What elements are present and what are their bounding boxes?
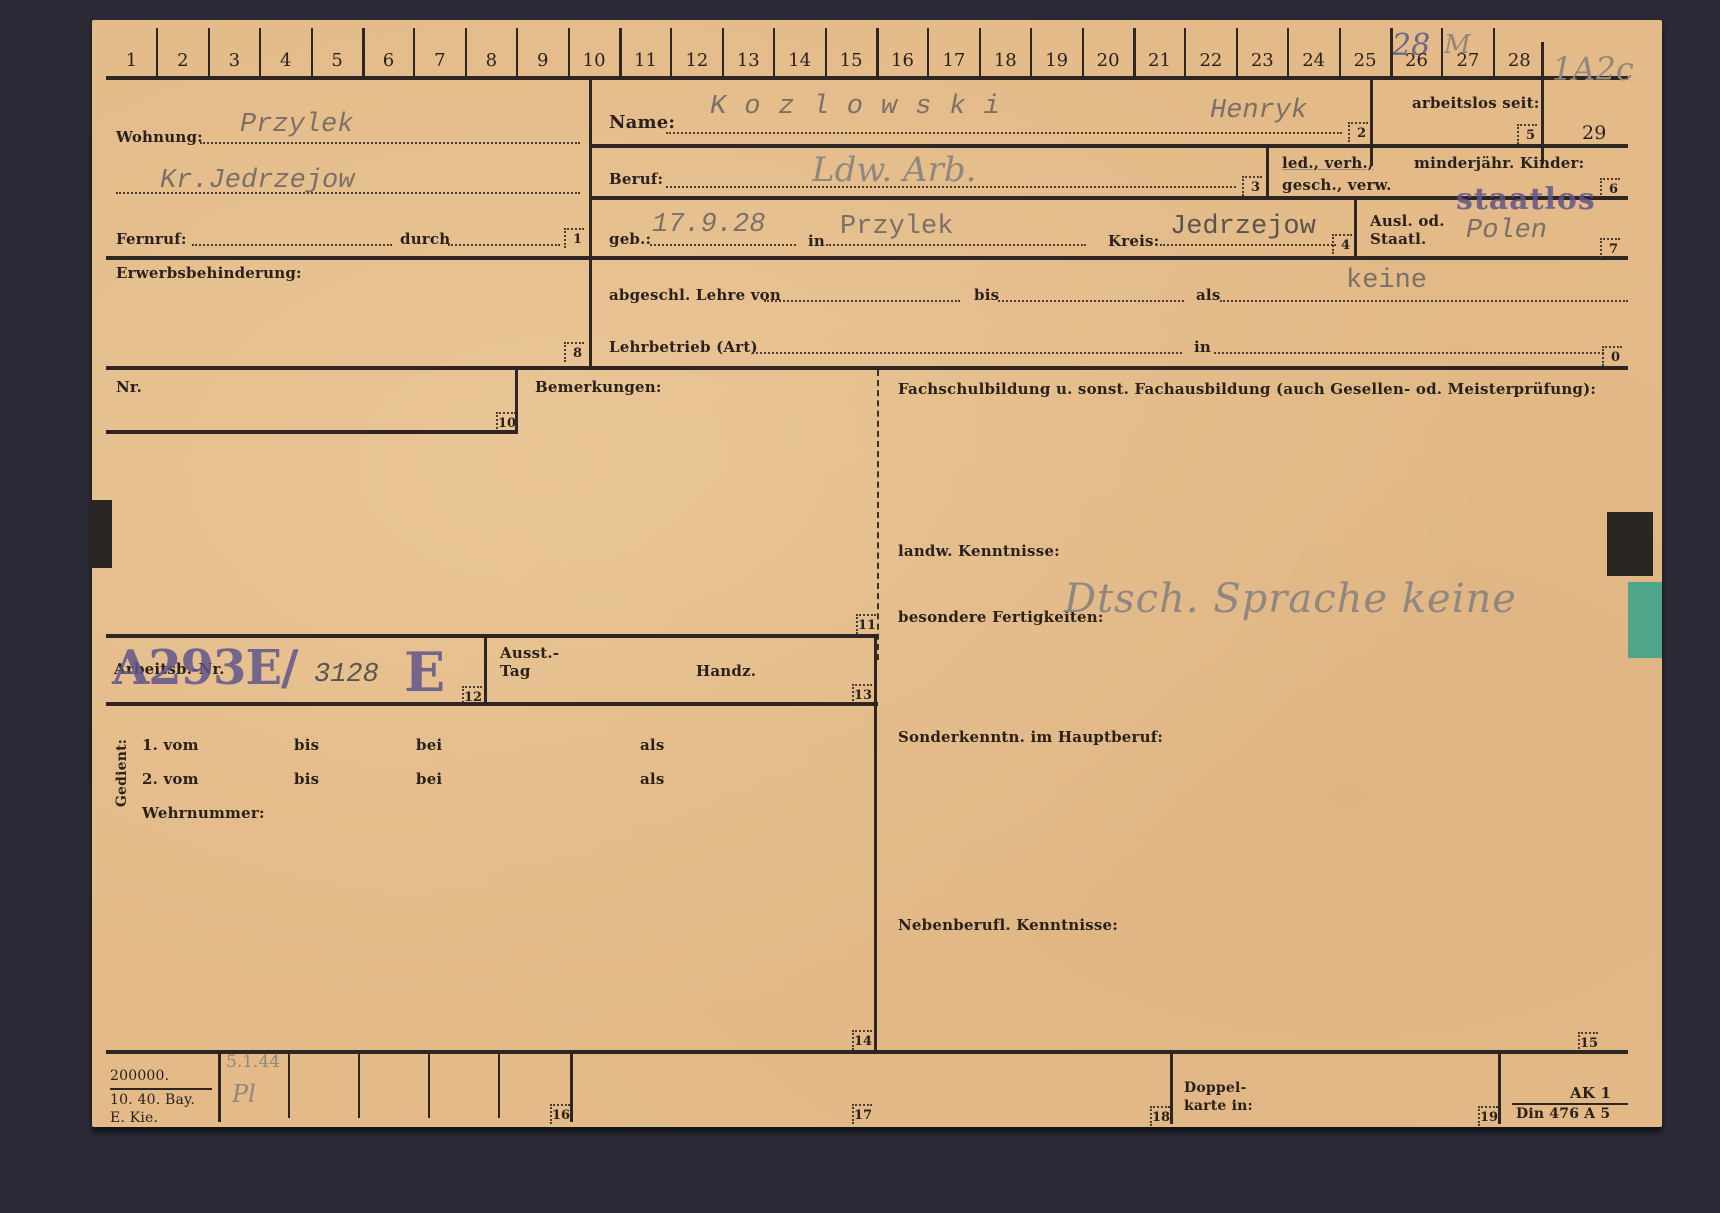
ruler-number: 1 (106, 50, 157, 71)
handz-label: Handz. (696, 662, 756, 680)
ruler-tick (568, 28, 570, 76)
ruler-number: 26 (1391, 50, 1442, 71)
field-box-16: 16 (550, 1104, 570, 1124)
beruf-label: Beruf: (609, 170, 663, 188)
ruler-tick (927, 28, 929, 76)
doppelkarte-label-2: karte in: (1184, 1098, 1253, 1114)
ruler-tick (516, 28, 518, 76)
field-box-15: 15 (1578, 1032, 1598, 1052)
kreis-label: Kreis: (1108, 232, 1159, 250)
date-cell-divider (288, 1054, 290, 1118)
ruler-tick (1441, 28, 1443, 76)
ruler-number: 17 (928, 50, 979, 71)
gedient-label: Gedient: (114, 739, 130, 807)
date-initials: Pl (232, 1080, 256, 1108)
date-cell-divider (358, 1054, 360, 1118)
kreis-dots (1160, 244, 1336, 246)
field-box-11: 11 (856, 614, 876, 634)
durch-dots (448, 244, 560, 246)
fachschulbildung-label: Fachschulbildung u. sonst. Fachausbildun… (898, 380, 1596, 398)
ruler-number: 7 (414, 50, 465, 71)
ruler-number: 12 (671, 50, 722, 71)
ruler-number: 18 (980, 50, 1031, 71)
field-box-4: 4 (1332, 234, 1352, 254)
field-box-8: 8 (564, 342, 584, 362)
field-box-13: 13 (852, 684, 872, 704)
ruler-tick (1030, 28, 1032, 76)
ruler-number-29: 29 (1582, 122, 1607, 144)
familienstand-label-1: led., verh., (1282, 154, 1373, 172)
index-tab-right (1607, 512, 1653, 576)
geb-in-dots (826, 244, 1086, 246)
ruler-number: 24 (1288, 50, 1339, 71)
field-box-17: 17 (852, 1104, 872, 1124)
lehre-von-label: abgeschl. Lehre von (609, 286, 781, 304)
ruler-tick (156, 28, 158, 76)
field-box-1: 1 (564, 228, 584, 248)
wohnung-value-2: Kr.Jedrzejow (160, 166, 354, 196)
lehrbetrieb-in-dots (1214, 352, 1604, 354)
ruler-tick (1493, 28, 1495, 76)
ruler-number: 25 (1340, 50, 1391, 71)
index-tab-green (1628, 582, 1662, 658)
ruler-number: 3 (209, 50, 260, 71)
lehrbetrieb-in-label: in (1194, 338, 1211, 356)
ruler-number: 20 (1083, 50, 1134, 71)
surname-value: Kozlowski (710, 92, 1018, 122)
line-arbeitsb-bottom (106, 702, 878, 706)
ruler-baseline (106, 76, 1628, 80)
doppelkarte-label-1: Doppel- (1184, 1080, 1247, 1096)
lehrbetrieb-label: Lehrbetrieb (Art) (609, 338, 758, 356)
field-box-14: 14 (852, 1030, 872, 1050)
besondere-fertigkeiten-value: Dtsch. Sprache keine (1064, 576, 1517, 622)
ruler-number: 2 (157, 50, 208, 71)
field-box-3: 3 (1242, 176, 1262, 196)
arbeitsb-divider (484, 634, 487, 704)
nr-label: Nr. (116, 378, 142, 396)
din-label: Din 476 A 5 (1516, 1106, 1610, 1122)
dienst-2-bei: bei (416, 770, 442, 788)
dienst-1-bei: bei (416, 736, 442, 754)
ruler-tick (208, 28, 210, 76)
dienst-2-als: als (640, 770, 664, 788)
ledig-option: led., verh., (1282, 154, 1373, 172)
wehrnummer-label: Wehrnummer: (142, 804, 265, 822)
print-run-2: 10. 40. Bay. (110, 1092, 195, 1108)
familienstand-divider (1266, 144, 1269, 198)
strip-divider-18 (1170, 1050, 1173, 1124)
ruler-number: 5 (312, 50, 363, 71)
arbeitsb-number: 3128 (314, 660, 379, 690)
date-entry: 5.1.44 (226, 1052, 280, 1072)
form-id: AK 1 (1570, 1084, 1611, 1102)
ruler-number: 11 (620, 50, 671, 71)
name-divider (589, 80, 592, 370)
sonderkenntn-label: Sonderkenntn. im Hauptberuf: (898, 728, 1163, 746)
print-run-rule (110, 1088, 212, 1090)
staatl-divider (1354, 196, 1357, 258)
erwerbsbehinderung-label: Erwerbsbehinderung: (116, 264, 302, 282)
date-cell-divider (428, 1054, 430, 1118)
ruler-number: 13 (723, 50, 774, 71)
familienstand-label-2: gesch., verw. (1282, 176, 1392, 194)
ruler-number: 14 (774, 50, 825, 71)
minderjaehr-kinder-label: minderjähr. Kinder: (1414, 154, 1584, 172)
geb-label: geb.: (609, 230, 651, 248)
name-dots (666, 132, 1342, 134)
ruler-number: 4 (260, 50, 311, 71)
ausl-staatl-label-2: Staatl. (1370, 230, 1426, 248)
dienst-1-bis: bis (294, 736, 319, 754)
wohnung-value-1: Przylek (240, 110, 353, 140)
geb-date-value: 17.9.28 (652, 210, 765, 240)
ausst-tag-label-1: Ausst.- (500, 644, 559, 662)
given-name-value: Henryk (1210, 96, 1307, 126)
ruler-tick (465, 28, 467, 76)
lehre-bis-dots (998, 300, 1184, 302)
line-geb (106, 256, 1628, 260)
ruler-tick (1339, 28, 1341, 76)
arbeitsb-stamp: A293E/ (112, 640, 298, 696)
ruler-tick (1287, 28, 1289, 76)
field-box-6: 6 (1600, 178, 1620, 198)
lehre-von-dots (764, 300, 960, 302)
field-box-0: 0 (1602, 346, 1622, 366)
wohnung-dots (200, 142, 580, 144)
ruler-tick (362, 28, 365, 76)
geb-in-label: in (808, 232, 825, 250)
geb-ort-value: Przylek (840, 212, 953, 242)
ruler-tick (1082, 28, 1084, 76)
ruler-number: 23 (1237, 50, 1288, 71)
dienst-1-als: als (640, 736, 664, 754)
field-box-5: 5 (1517, 124, 1537, 144)
beruf-value: Ldw. Arb. (812, 150, 976, 190)
ruler-tick (722, 28, 724, 76)
dienst-2-vom: 2. vom (142, 770, 199, 788)
ruler-number: 28 (1494, 50, 1545, 71)
index-tab-left (90, 500, 112, 568)
ruler-number: 10 (569, 50, 620, 71)
ruler-number: 15 (826, 50, 877, 71)
registration-card: 28 M 1A2c 29 Wohnung: Przylek Kr.Jedrzej… (92, 20, 1662, 1127)
arbeitsb-suffix-stamp: E (404, 640, 445, 704)
ruler-number: 16 (877, 50, 928, 71)
dienst-2-bis: bis (294, 770, 319, 788)
date-cells-left (218, 1050, 221, 1122)
ruler-tick (1390, 28, 1393, 76)
form-id-rule (1512, 1103, 1628, 1105)
field-box-2: 2 (1348, 122, 1368, 142)
ruler-tick (1184, 28, 1186, 76)
ruler-tick (670, 28, 672, 76)
field-box-7: 7 (1600, 238, 1620, 258)
fernruf-dots (192, 244, 392, 246)
lehrbetrieb-dots (752, 352, 1182, 354)
ruler-tick (259, 28, 261, 76)
line-lehrbetrieb (106, 366, 1628, 370)
date-cell-divider (498, 1054, 500, 1118)
ruler-number: 8 (466, 50, 517, 71)
fernruf-label: Fernruf: (116, 230, 187, 248)
name-label: Name: (609, 112, 675, 133)
ruler-tick (413, 28, 415, 76)
nebenberufl-label: Nebenberufl. Kenntnisse: (898, 916, 1118, 934)
ruler-number: 21 (1134, 50, 1185, 71)
dienst-divider (874, 634, 877, 1054)
ruler-number: 19 (1031, 50, 1082, 71)
ruler-tick (311, 28, 313, 76)
ruler-tick (979, 28, 981, 76)
ruler-number: 9 (517, 50, 568, 71)
hand-note-corner: 1A2c (1552, 50, 1634, 88)
staatlos-stamp: staatlos (1456, 182, 1596, 217)
wohnung-label: Wohnung: (116, 128, 203, 146)
strip-divider-16 (570, 1050, 573, 1122)
line-nr (106, 430, 518, 434)
ausl-staatl-label-1: Ausl. od. (1370, 212, 1445, 230)
line-bottom-strip (106, 1050, 1628, 1054)
arbeitslos-seit-label: arbeitslos seit: (1412, 94, 1539, 112)
bemerkungen-divider (877, 370, 879, 660)
bemerkungen-label: Bemerkungen: (535, 378, 662, 396)
geb-dots (650, 244, 796, 246)
nr-divider (515, 366, 518, 432)
staatl-value: Polen (1466, 216, 1547, 246)
ruler-tick (1133, 28, 1136, 76)
ruler-number: 22 (1185, 50, 1236, 71)
ausst-tag-label-2: Tag (500, 662, 531, 680)
lehre-als-label: als (1196, 286, 1220, 304)
lehre-als-dots (1220, 300, 1628, 302)
durch-label: durch (400, 230, 450, 248)
line-arbeitsb-top (106, 634, 878, 638)
line-name (589, 144, 1628, 148)
strip-divider-19 (1498, 1050, 1501, 1124)
lehre-bis-label: bis (974, 286, 999, 304)
ruler-tick (1236, 28, 1238, 76)
ruler-tick (876, 28, 879, 76)
ruler-number: 27 (1442, 50, 1493, 71)
field-box-18: 18 (1150, 1106, 1170, 1126)
ruler-tick (773, 28, 775, 76)
kreis-value: Jedrzejow (1170, 212, 1316, 242)
landw-kenntnisse-label: landw. Kenntnisse: (898, 542, 1060, 560)
ruler-tick (825, 28, 827, 76)
lehre-value: keine (1346, 266, 1427, 296)
dienst-1-vom: 1. vom (142, 736, 199, 754)
ruler-tick (619, 28, 622, 76)
field-box-10: 10 (496, 412, 516, 432)
ruler-number: 6 (363, 50, 414, 71)
print-run-1: 200000. (110, 1068, 169, 1084)
field-box-19: 19 (1478, 1106, 1498, 1126)
print-run-3: E. Kie. (110, 1110, 158, 1126)
